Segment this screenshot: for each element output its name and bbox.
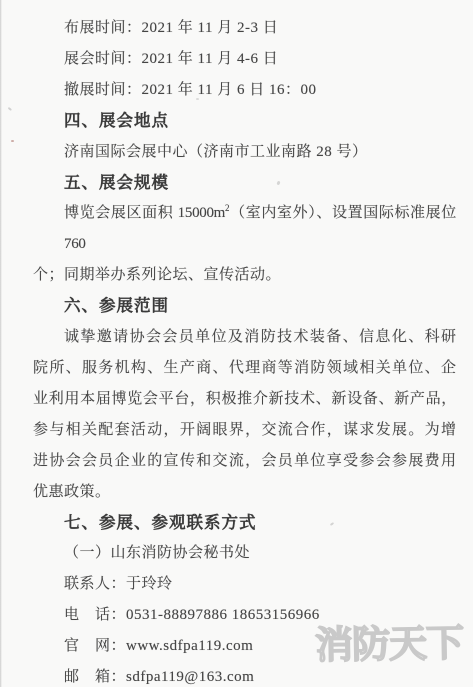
scope-line-5: 进协会会员企业的宣传和交流，会员单位享受参会参展费用	[33, 446, 456, 477]
text-segment: 博览会展区面积 15000m	[64, 205, 225, 221]
section-scope-heading: 六、参展范围	[33, 291, 456, 322]
scope-line-1: 诚挚邀请协会会员单位及消防技术装备、信息化、科研	[33, 322, 456, 353]
scale-line-1: 博览会展区面积 15000m2（室内室外）、设置国际标准展位 760	[33, 198, 456, 260]
exhibition-time-line: 展会时间：2021 年 11 月 4-6 日	[33, 44, 456, 75]
document-page: 布展时间：2021 年 11 月 2-3 日展会时间：2021 年 11 月 4…	[0, 0, 473, 687]
setup-time-line: 布展时间：2021 年 11 月 2-3 日	[33, 13, 456, 44]
section-contact-heading: 七、参展、参观联系方式	[33, 508, 456, 539]
section-scale-heading: 五、展会规模	[33, 168, 456, 199]
scope-line-6: 优惠政策。	[33, 477, 456, 508]
email-line: 邮 箱：sdfpa119@163.com	[33, 662, 456, 687]
contact-person-line: 联系人：于玲玲	[33, 569, 456, 600]
document-body: 布展时间：2021 年 11 月 2-3 日展会时间：2021 年 11 月 4…	[33, 13, 456, 687]
section-venue-heading: 四、展会地点	[33, 106, 456, 137]
website-line: 官 网：www.sdfpa119.com	[33, 631, 456, 662]
scope-line-2: 院所、服务机构、生产商、代理商等消防领域相关单位、企	[33, 353, 456, 384]
scope-line-4: 参与相关配套活动，开阔眼界，交流合作，谋求发展。为增	[33, 415, 456, 446]
secretariat-line: （一）山东消防协会秘书处	[33, 538, 456, 569]
scale-line-2: 个；同期举办系列论坛、宣传活动。	[33, 260, 456, 291]
scan-speck	[11, 140, 14, 142]
teardown-time-line: 撤展时间：2021 年 11 月 6 日 16：00	[33, 75, 456, 106]
venue-line: 济南国际会展中心（济南市工业南路 28 号）	[33, 137, 456, 168]
scan-speck	[8, 107, 12, 111]
phone-line: 电 话：0531-88897886 18653156966	[33, 600, 456, 631]
scope-line-3: 业利用本届博览会平台，积极推介新技术、新设备、新产品，	[33, 384, 456, 415]
